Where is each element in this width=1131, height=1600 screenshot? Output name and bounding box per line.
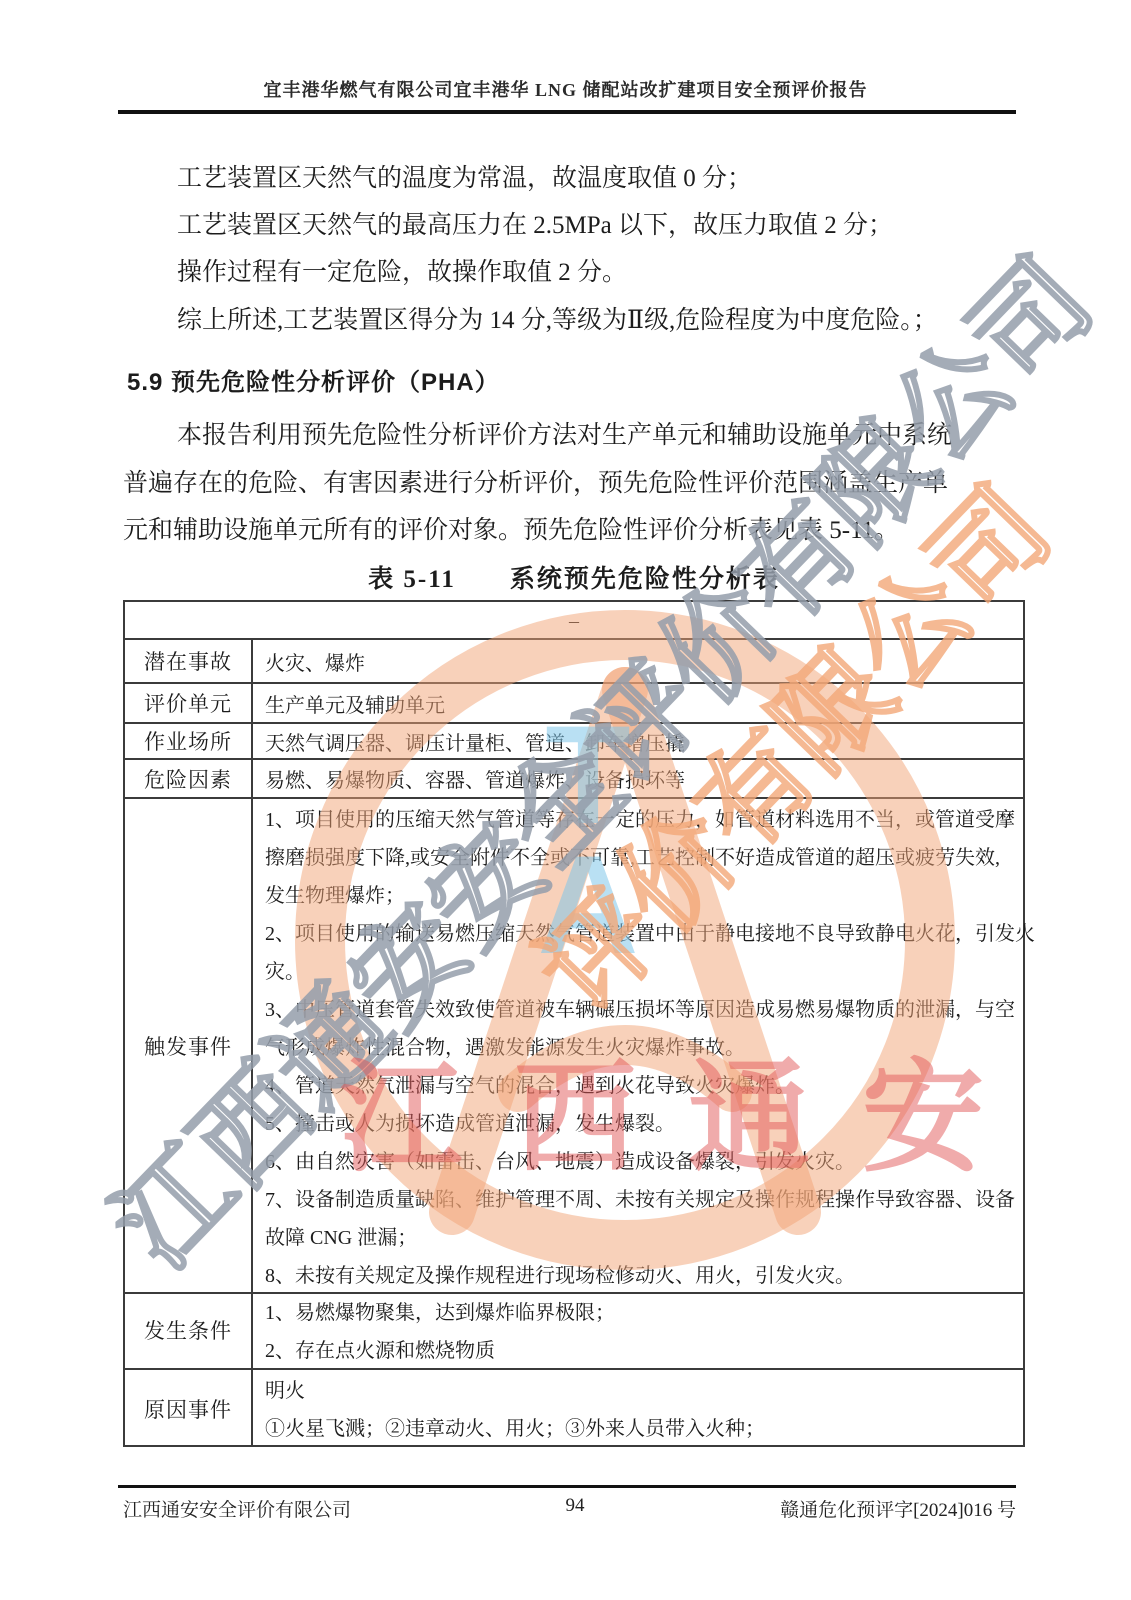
trigger-line: 5、撞击或人为损坏造成管道泄漏，发生爆裂。 bbox=[265, 1105, 1023, 1143]
paragraph-line: 工艺装置区天然气的最高压力在 2.5MPa 以下，故压力取值 2 分； bbox=[177, 209, 893, 242]
trigger-line: 4、管道天然气泄漏与空气的混合，遇到火花导致火灾爆炸。 bbox=[265, 1067, 1023, 1105]
table-row-value: 生产单元及辅助单元 bbox=[253, 684, 1023, 722]
table-row-value: 易燃、易爆物质、容器、管道爆炸、设备损坏等 bbox=[253, 760, 1023, 797]
table-row-label: 评价单元 bbox=[125, 684, 251, 722]
section-heading: 5.9 预先危险性分析评价（PHA） bbox=[127, 362, 500, 397]
trigger-line: 7、设备制造质量缺陷、维护管理不周、未按有关规定及操作规程操作导致容器、设备 bbox=[265, 1181, 1023, 1219]
footer-doc-number: 赣通危化预评字[2024]016 号 bbox=[716, 1495, 1016, 1522]
table-row-value: 1、项目使用的压缩天然气管道等存在一定的压力，如管道材料选用不当，或管道受摩 擦… bbox=[253, 799, 1023, 1292]
cause-line: ①火星飞溅；②违章动火、用火；③外来人员带入火种； bbox=[265, 1410, 1023, 1448]
table-spanner-cell: – bbox=[125, 602, 1023, 640]
paragraph-line: 普遍存在的危险、有害因素进行分析评价，预先危险性评价范围涵盖生产单 bbox=[123, 467, 948, 500]
paragraph-line: 操作过程有一定危险，故操作取值 2 分。 bbox=[177, 256, 627, 289]
trigger-line: 故障 CNG 泄漏； bbox=[265, 1219, 1023, 1257]
table-row-label: 潜在事故 bbox=[125, 640, 251, 682]
table-caption: 表 5-11 系统预先危险性分析表 bbox=[123, 559, 1025, 595]
trigger-line: 8、未按有关规定及操作规程进行现场检修动火、用火，引发火灾。 bbox=[265, 1257, 1023, 1295]
paragraph-line: 工艺装置区天然气的温度为常温，故温度取值 0 分； bbox=[177, 162, 752, 195]
footer-page-number: 94 bbox=[515, 1495, 635, 1517]
table-row-label: 发生条件 bbox=[125, 1292, 251, 1368]
cause-line: 明火 bbox=[265, 1372, 1023, 1410]
condition-line: 1、易燃爆物聚集，达到爆炸临界极限； bbox=[265, 1294, 1023, 1332]
table-row-label: 危险因素 bbox=[125, 760, 251, 797]
trigger-line: 1、项目使用的压缩天然气管道等存在一定的压力，如管道材料选用不当，或管道受摩 bbox=[265, 801, 1023, 839]
trigger-line: 气形成爆炸性混合物，遇激发能源发生火灾爆炸事故。 bbox=[265, 1029, 1023, 1067]
table-row-label: 原因事件 bbox=[125, 1370, 251, 1447]
trigger-line: 6、由自然灾害（如雷击、台风、地震）造成设备爆裂，引发火灾。 bbox=[265, 1143, 1023, 1181]
table-row-value: 火灾、爆炸 bbox=[253, 640, 1023, 682]
table-row-value: 1、易燃爆物聚集，达到爆炸临界极限； 2、存在点火源和燃烧物质 bbox=[253, 1292, 1023, 1368]
table-row-label: 作业场所 bbox=[125, 724, 251, 758]
table-row-value: 天然气调压器、调压计量柜、管道、卸车增压撬 bbox=[253, 724, 1023, 758]
pha-table: – 潜在事故 火灾、爆炸 评价单元 生产单元及辅助单元 作业场所 天然气调压器、… bbox=[123, 600, 1025, 1447]
trigger-line: 灾。 bbox=[265, 953, 1023, 991]
paragraph-line: 本报告利用预先危险性分析评价方法对生产单元和辅助设施单元中系统 bbox=[177, 419, 952, 452]
paragraph-line: 元和辅助设施单元所有的评价对象。预先危险性评价分析表见表 5-11。 bbox=[123, 514, 899, 547]
document-page: 宜丰港华燃气有限公司宜丰港华 LNG 储配站改扩建项目安全预评价报告 工艺装置区… bbox=[0, 0, 1131, 1600]
trigger-line: 3、中压管道套管失效致使管道被车辆碾压损坏等原因造成易燃易爆物质的泄漏，与空 bbox=[265, 991, 1023, 1029]
trigger-line: 2、项目使用的输送易燃压缩天然气管道装置中由于静电接地不良导致静电火花，引发火 bbox=[265, 915, 1023, 953]
trigger-line: 发生物理爆炸； bbox=[265, 877, 1023, 915]
footer-rule bbox=[118, 1485, 1016, 1488]
footer-company: 江西通安安全评价有限公司 bbox=[123, 1495, 351, 1522]
condition-line: 2、存在点火源和燃烧物质 bbox=[265, 1332, 1023, 1370]
trigger-line: 擦磨损强度下降,或安全附件不全或不可靠,工艺控制不好造成管道的超压或疲劳失效, bbox=[265, 839, 1023, 877]
header-rule bbox=[118, 110, 1016, 114]
page-header-title: 宜丰港华燃气有限公司宜丰港华 LNG 储配站改扩建项目安全预评价报告 bbox=[0, 76, 1131, 102]
table-row-label: 触发事件 bbox=[125, 799, 251, 1292]
table-row-value: 明火 ①火星飞溅；②违章动火、用火；③外来人员带入火种； bbox=[253, 1370, 1023, 1447]
paragraph-line: 综上所述,工艺装置区得分为 14 分,等级为Ⅱ级,危险程度为中度危险。； bbox=[177, 304, 938, 337]
